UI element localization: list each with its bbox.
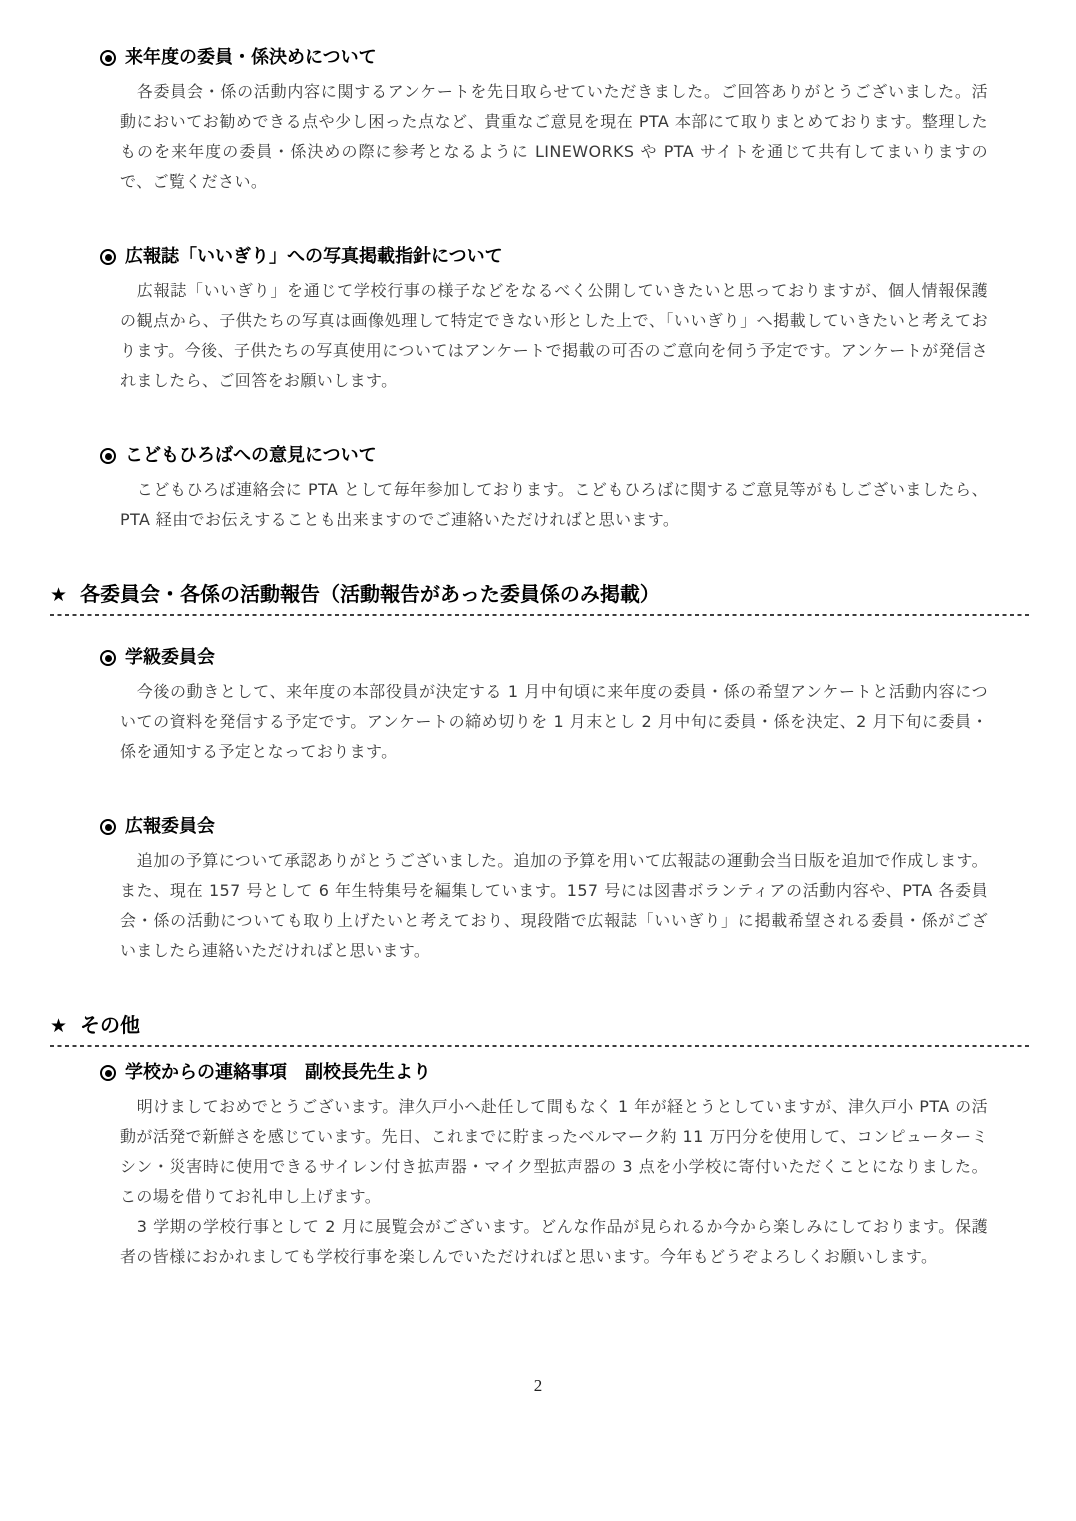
section-title: 学校からの連絡事項 副校長先生より (125, 1059, 431, 1087)
dashed-divider (50, 1045, 1030, 1047)
page-number: 2 (0, 1376, 1076, 1396)
paragraph: 3 学期の学校行事として 2 月に展覧会がございます。どんな作品が見られるか今か… (120, 1212, 988, 1272)
paragraph: こどもひろば連絡会に PTA として毎年参加しております。こどもひろばに関するご… (120, 475, 988, 535)
section-kodomo-hiroba: こどもひろばへの意見について こどもひろば連絡会に PTA として毎年参加してお… (50, 442, 1030, 535)
section-title: 広報誌「いいぎり」への写真掲載指針について (125, 243, 503, 271)
paragraph: 各委員会・係の活動内容に関するアンケートを先日取らせていただきました。ご回答あり… (120, 77, 988, 197)
paragraph: 広報誌「いいぎり」を通じて学校行事の様子などをなるべく公開していきたいと思ってお… (120, 276, 988, 396)
section-others: ★ その他 学校からの連絡事項 副校長先生より 明けましておめでとうございます。… (50, 1012, 1030, 1272)
section-heading: 広報誌「いいぎり」への写真掲載指針について (100, 243, 1030, 271)
star-heading: ★ 各委員会・各係の活動報告（活動報告があった委員係のみ掲載） (50, 581, 1030, 614)
section-heading: 学校からの連絡事項 副校長先生より (100, 1059, 1030, 1087)
subsection-school-notice: 学校からの連絡事項 副校長先生より 明けましておめでとうございます。津久戸小へ赴… (50, 1059, 1030, 1272)
section-text: 広報誌「いいぎり」を通じて学校行事の様子などをなるべく公開していきたいと思ってお… (120, 276, 988, 396)
paragraph: 追加の予算について承認ありがとうございました。追加の予算を用いて広報誌の運動会当… (120, 846, 988, 966)
section-title: 広報委員会 (125, 813, 215, 841)
section-title: こどもひろばへの意見について (125, 442, 377, 470)
section-activity-reports: ★ 各委員会・各係の活動報告（活動報告があった委員係のみ掲載） 学級委員会 今後… (50, 581, 1030, 966)
document-body: 来年度の委員・係決めについて 各委員会・係の活動内容に関するアンケートを先日取ら… (0, 0, 1076, 1272)
star-icon: ★ (50, 1013, 67, 1040)
paragraph: 明けましておめでとうございます。津久戸小へ赴任して間もなく 1 年が経とうとして… (120, 1092, 988, 1212)
section-title: 各委員会・各係の活動報告（活動報告があった委員係のみ掲載） (80, 581, 660, 608)
subsection-pr-committee: 広報委員会 追加の予算について承認ありがとうございました。追加の予算を用いて広報… (50, 813, 1030, 966)
dashed-divider (50, 614, 1030, 616)
section-committee-decision: 来年度の委員・係決めについて 各委員会・係の活動内容に関するアンケートを先日取ら… (50, 44, 1030, 197)
paragraph: 今後の動きとして、来年度の本部役員が決定する 1 月中旬頃に来年度の委員・係の希… (120, 677, 988, 767)
section-text: 今後の動きとして、来年度の本部役員が決定する 1 月中旬頃に来年度の委員・係の希… (120, 677, 988, 767)
section-heading: こどもひろばへの意見について (100, 442, 1030, 470)
section-text: 追加の予算について承認ありがとうございました。追加の予算を用いて広報誌の運動会当… (120, 846, 988, 966)
subsection-class-committee: 学級委員会 今後の動きとして、来年度の本部役員が決定する 1 月中旬頃に来年度の… (50, 644, 1030, 767)
section-heading: 広報委員会 (100, 813, 1030, 841)
bullseye-icon (100, 50, 116, 66)
section-text: 各委員会・係の活動内容に関するアンケートを先日取らせていただきました。ご回答あり… (120, 77, 988, 197)
star-heading: ★ その他 (50, 1012, 1030, 1045)
document-page: 来年度の委員・係決めについて 各委員会・係の活動内容に関するアンケートを先日取ら… (0, 0, 1076, 1521)
section-title: 来年度の委員・係決めについて (125, 44, 377, 72)
bullseye-icon (100, 448, 116, 464)
bullseye-icon (100, 819, 116, 835)
section-heading: 学級委員会 (100, 644, 1030, 672)
section-title: 学級委員会 (125, 644, 215, 672)
bullseye-icon (100, 249, 116, 265)
star-icon: ★ (50, 582, 67, 609)
section-text: こどもひろば連絡会に PTA として毎年参加しております。こどもひろばに関するご… (120, 475, 988, 535)
section-text: 明けましておめでとうございます。津久戸小へ赴任して間もなく 1 年が経とうとして… (120, 1092, 988, 1272)
bullseye-icon (100, 1065, 116, 1081)
section-title: その他 (80, 1012, 140, 1039)
section-photo-policy: 広報誌「いいぎり」への写真掲載指針について 広報誌「いいぎり」を通じて学校行事の… (50, 243, 1030, 396)
bullseye-icon (100, 650, 116, 666)
section-heading: 来年度の委員・係決めについて (100, 44, 1030, 72)
